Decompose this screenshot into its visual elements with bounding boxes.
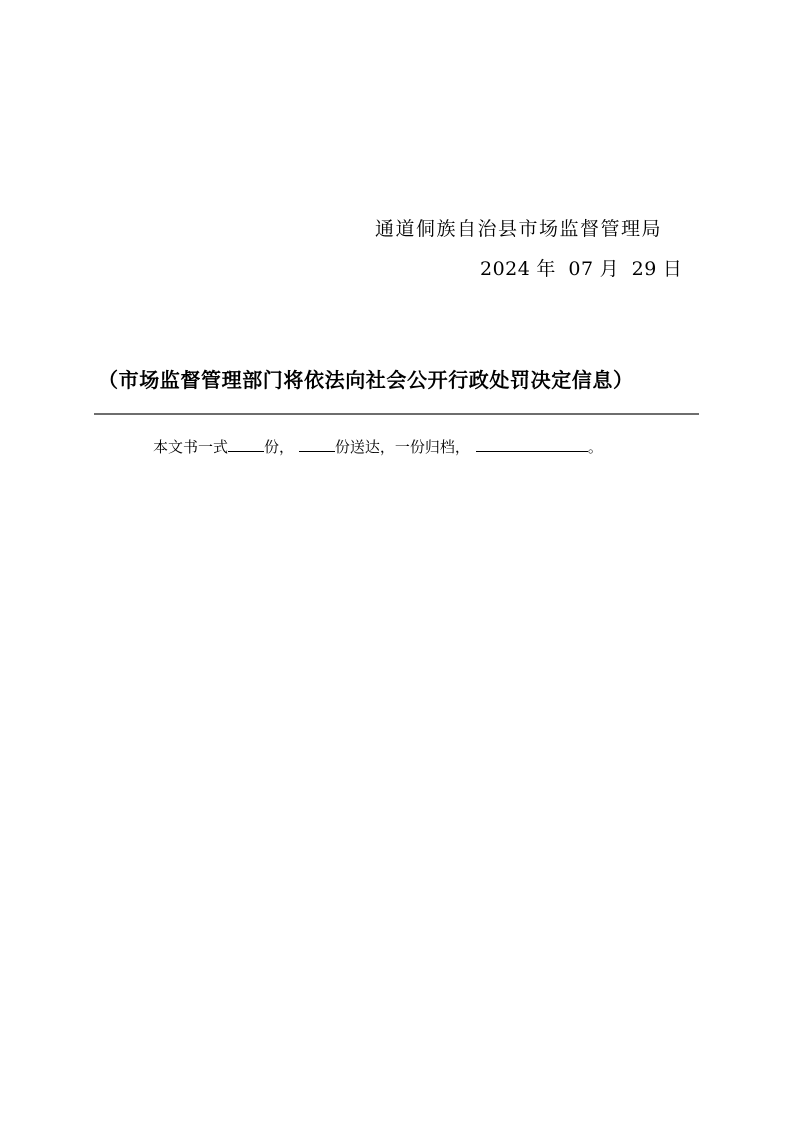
copies-text-2: 份， bbox=[264, 438, 294, 456]
copies-text-3: 份送达，一份归档， bbox=[335, 438, 470, 456]
date-day-unit: 日 bbox=[663, 258, 683, 280]
copies-statement: 本文书一式份， 份送达，一份归档，。 bbox=[153, 435, 603, 458]
date-year: 2024 bbox=[480, 258, 530, 280]
date-month: 07 bbox=[568, 258, 593, 280]
copies-total-blank bbox=[228, 435, 264, 452]
copies-text-4: 。 bbox=[588, 438, 603, 456]
copies-text-1: 本文书一式 bbox=[153, 438, 228, 456]
document-page: 通道侗族自治县市场监督管理局 2024年 07月 29日 （市场监督管理部门将依… bbox=[0, 0, 793, 1122]
issue-date: 2024年 07月 29日 bbox=[480, 256, 688, 282]
copies-remark-blank bbox=[476, 435, 588, 452]
date-day: 29 bbox=[632, 258, 657, 280]
copies-served-blank bbox=[299, 435, 335, 452]
issuing-authority: 通道侗族自治县市场监督管理局 bbox=[375, 216, 675, 242]
horizontal-divider bbox=[94, 413, 699, 415]
date-month-unit: 月 bbox=[600, 258, 620, 280]
disclosure-notice: （市场监督管理部门将依法向社会公开行政处罚决定信息） bbox=[98, 366, 634, 394]
date-year-unit: 年 bbox=[536, 258, 556, 280]
